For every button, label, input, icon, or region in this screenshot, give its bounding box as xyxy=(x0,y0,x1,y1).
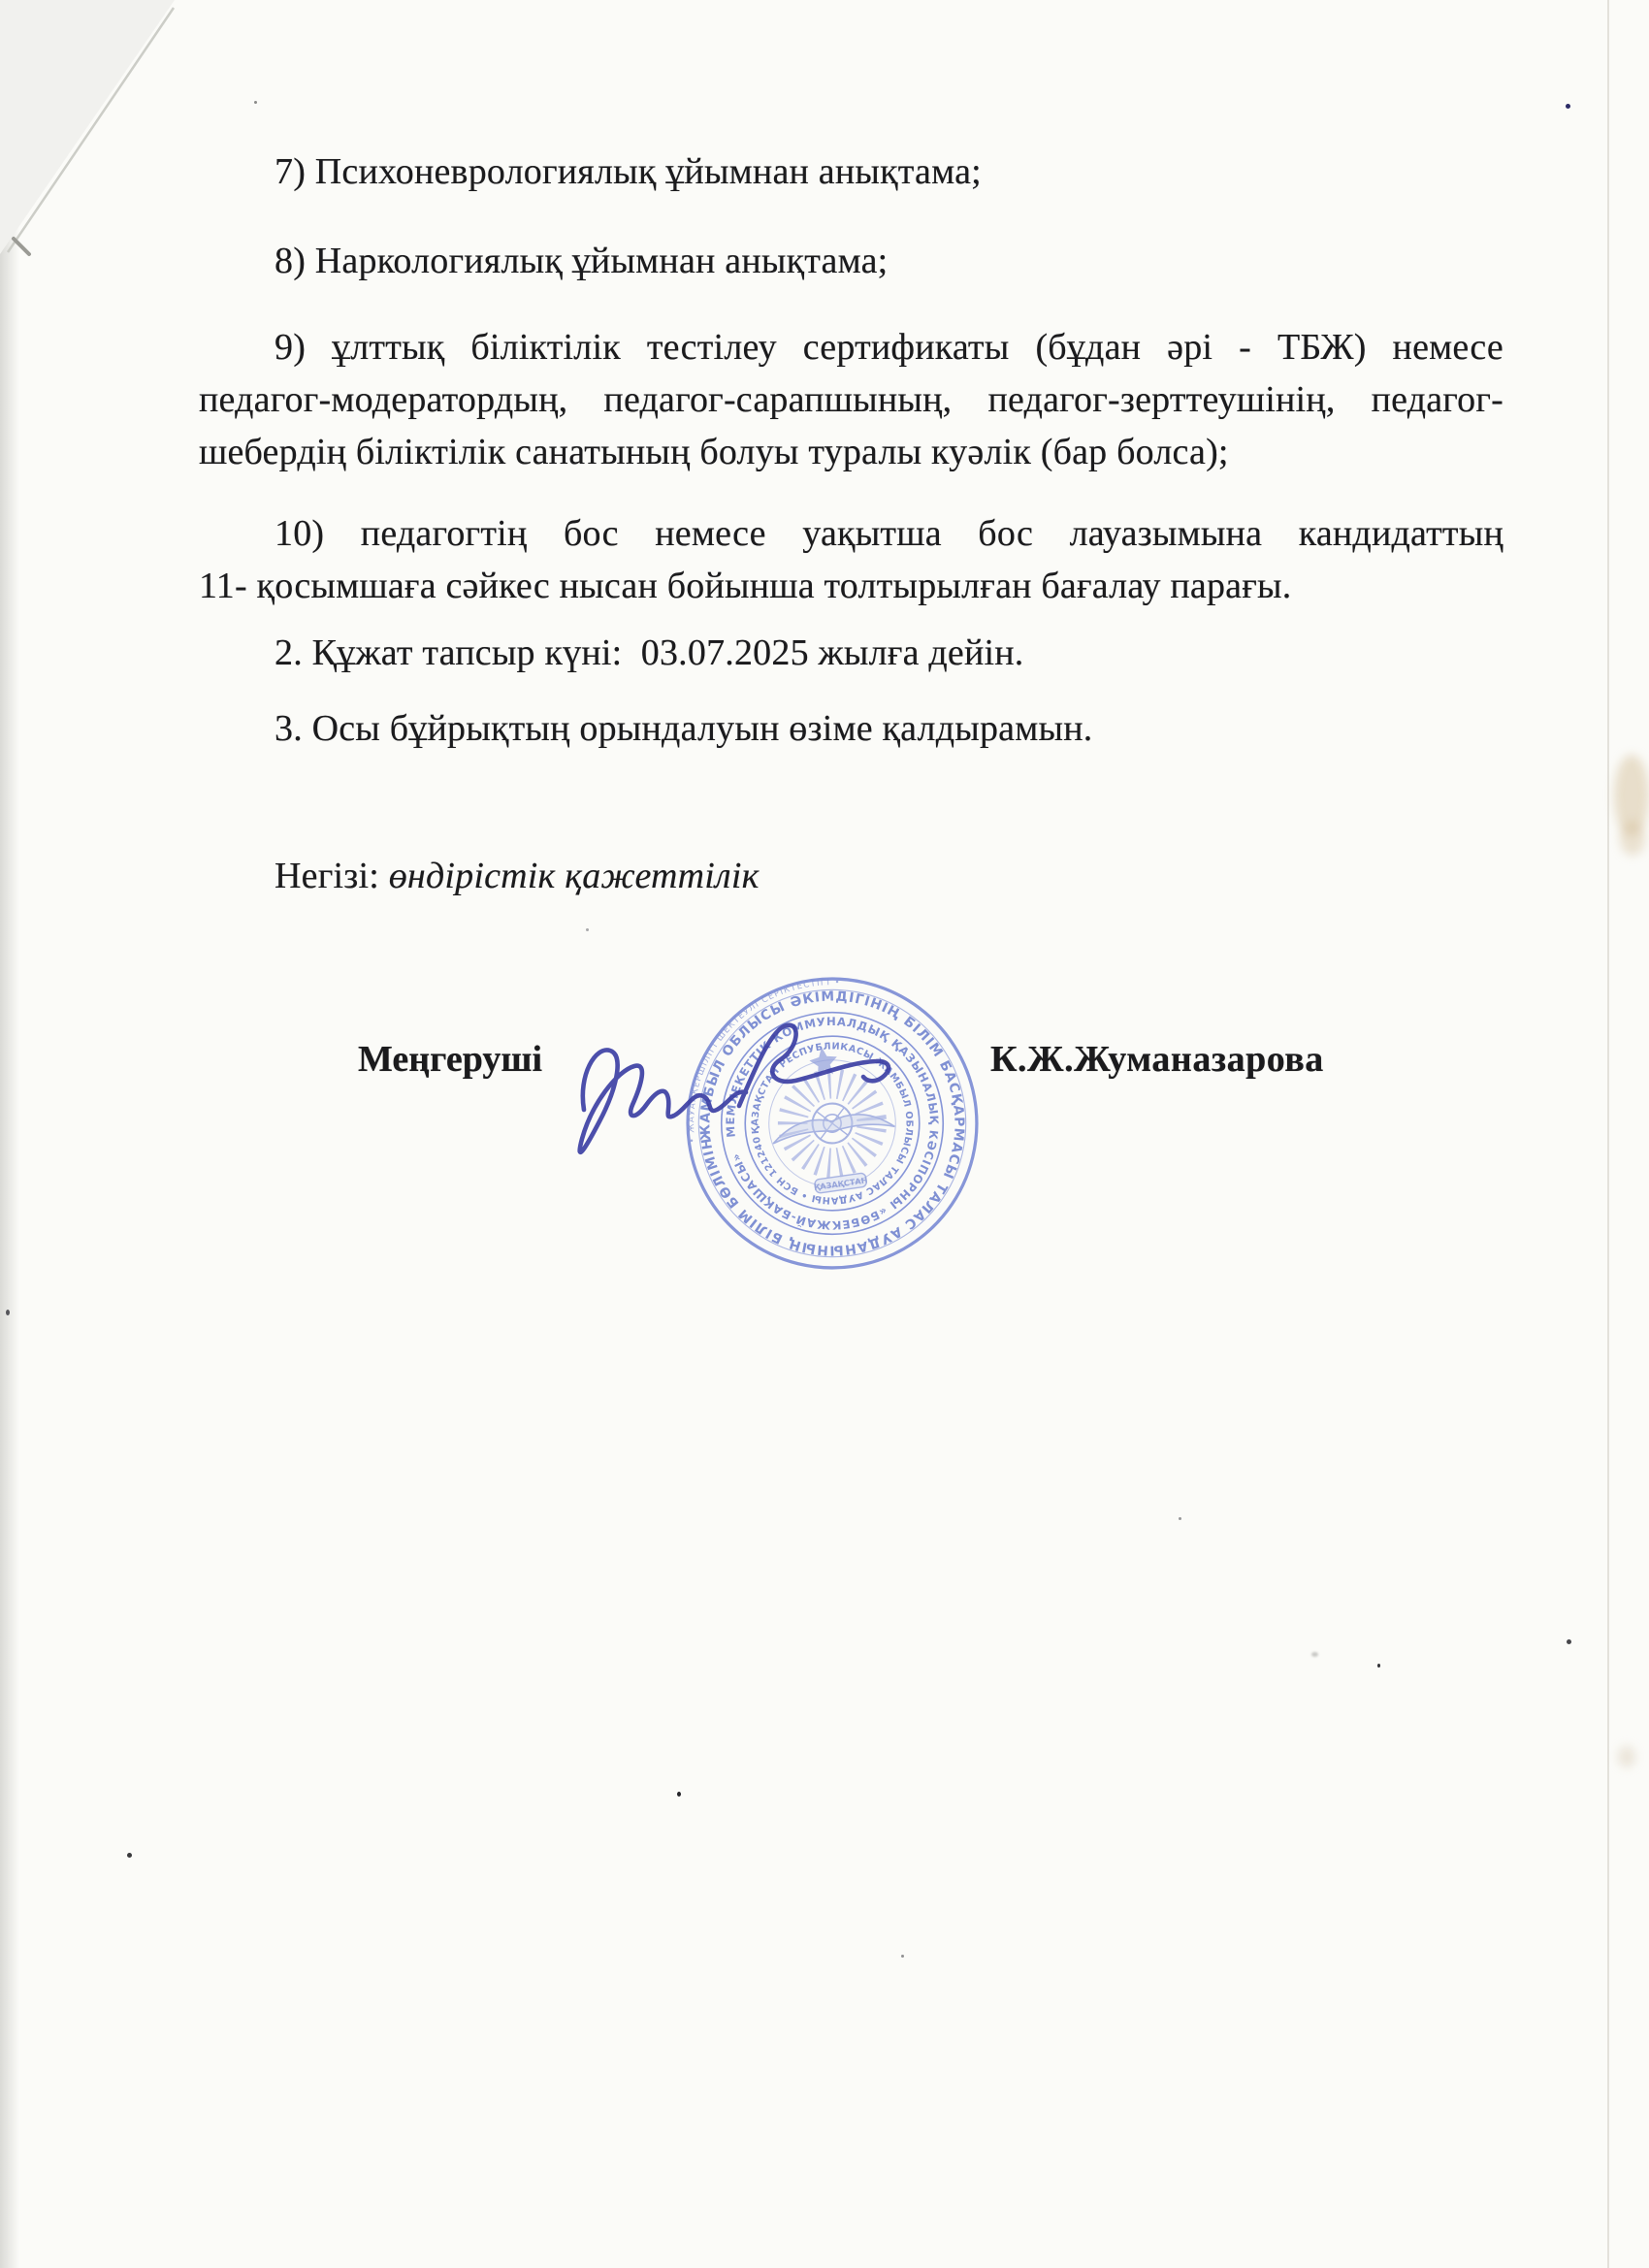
ink-speck xyxy=(1567,1639,1571,1644)
ink-speck xyxy=(1377,1664,1380,1668)
ink-speck xyxy=(677,1792,681,1797)
signer-title: Меңгеруші xyxy=(358,1038,542,1081)
scanned-document-page: 7) Психоневрологиялық ұйымнан анықтама; … xyxy=(0,0,1649,2268)
corner-fold-crease xyxy=(0,0,213,291)
basis-value: өндірістік қажеттілік xyxy=(389,856,760,896)
paragraph-item-9-line-2: педагог-модератордың, педагог-сарапшының… xyxy=(199,373,1503,426)
basis-label: Негізі: xyxy=(275,856,389,896)
paragraph-item-9-line-3: шебердің біліктілік санатының болуы тура… xyxy=(199,426,1503,478)
scan-left-edge-shading xyxy=(0,0,19,2268)
ink-speck xyxy=(6,1310,10,1315)
paragraph-item-8: 8) Наркологиялық ұйымнан анықтама; xyxy=(199,235,1503,287)
paragraph-item-10-line-1: 10) педагогтің бос немесе уақытша бос ла… xyxy=(199,507,1503,560)
ink-speck xyxy=(586,928,589,931)
ink-speck xyxy=(1566,104,1570,109)
ink-speck xyxy=(254,101,257,104)
scan-right-seam xyxy=(1607,0,1609,2268)
signer-name: К.Ж.Жуманазарова xyxy=(990,1038,1324,1081)
ink-speck xyxy=(127,1853,132,1858)
paragraph-item-2-date: 2. Құжат тапсыр күні: 03.07.2025 жылға д… xyxy=(199,627,1503,679)
ink-speck xyxy=(1311,1652,1318,1657)
handwritten-signature xyxy=(539,991,918,1185)
ink-speck xyxy=(1179,1517,1181,1520)
paragraph-item-9-line-1: 9) ұлттық біліктілік тестілеу сертификат… xyxy=(199,321,1503,373)
basis-line: Негізі: өндірістік қажеттілік xyxy=(275,850,1245,902)
paragraph-item-7: 7) Психоневрологиялық ұйымнан анықтама; xyxy=(199,146,1503,198)
paper-stain xyxy=(1620,821,1645,856)
paragraph-item-10-line-2: 11- қосымшаға сәйкес нысан бойынша толты… xyxy=(199,560,1503,612)
paragraph-item-3: 3. Осы бұйрықтың орындалуын өзіме қалдыр… xyxy=(199,702,1503,755)
paper-stain xyxy=(1618,1746,1635,1767)
ink-speck xyxy=(901,1955,904,1958)
